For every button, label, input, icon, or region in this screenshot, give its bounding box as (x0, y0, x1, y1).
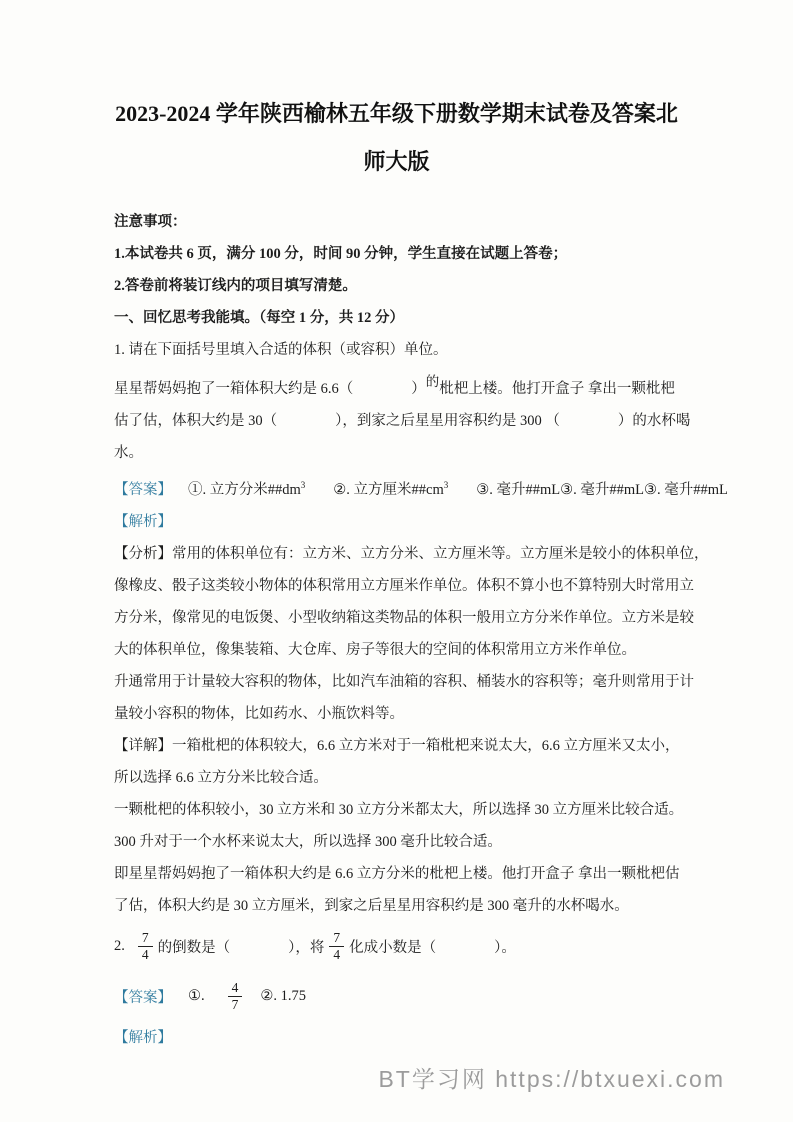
q1-analysis-line: 量较小容积的物体，比如药水、小瓶饮料等。 (114, 698, 686, 730)
question1-text-line3: 水。 (114, 437, 686, 469)
question1-text-line2: 估了估，体积大约是 30（ ），到家之后星星用容积约是 300 （ ）的水杯喝 (114, 405, 686, 437)
document-title: 2023-2024 学年陕西榆林五年级下册数学期末试卷及答案北 师大版 (0, 0, 793, 186)
question2-jiexi-line: 【解析】 (114, 1022, 686, 1054)
site-footer: BT学习网 https://btxuexi.com (378, 1061, 725, 1094)
fraction-numerator: 7 (329, 930, 344, 947)
q1-analysis-line: 方分米，像常见的电饭煲、小型收纳箱这类物品的体积一般用立方分米作单位。立方米是较 (114, 602, 686, 634)
document-title-line1: 2023-2024 学年陕西榆林五年级下册数学期末试卷及答案北 (0, 90, 793, 138)
answer-item-3-text: ③. 毫升##mL (560, 482, 644, 498)
answer-item-3-label: ③. 毫升##mL (644, 482, 728, 498)
answer-label: 【答案】 (114, 482, 172, 498)
q1-line1-pre: 星星帮妈妈抱了一箱体积大约是 6.6（ ） (114, 381, 426, 397)
answer-item-2-exponent: 3 (444, 480, 449, 490)
exam-document-page: 2023-2024 学年陕西榆林五年级下册数学期末试卷及答案北 师大版 注意事项… (0, 0, 793, 1122)
fraction-four-sevenths: 47 (228, 980, 243, 1013)
q1-analysis-line: 大的体积单位，像集装箱、大仓库、房子等很大的空间的体积常用立方米作单位。 (114, 634, 686, 666)
answer-item-3-alt: ③. 毫升##mL (476, 482, 560, 498)
fraction-denominator: 7 (228, 997, 243, 1013)
q1-detail-line: 即星星帮妈妈抱了一箱体积大约是 6.6 立方分米的枇杷上楼。他打开盒子 拿出一颗… (114, 858, 686, 890)
q1-line1-post: 枇杷上楼。他打开盒子 拿出一颗枇杷 (439, 381, 675, 397)
question1-stem: 1. 请在下面括号里填入合适的体积（或容积）单位。 (114, 334, 686, 366)
q1-detail-line: 所以选择 6.6 立方分米比较合适。 (114, 762, 686, 794)
document-title-line2: 师大版 (0, 138, 793, 186)
jiexi-label: 【解析】 (114, 514, 172, 530)
question2-number: 2. (114, 938, 125, 955)
answer-item-1: ①. 立方分米##dm3 (188, 482, 305, 498)
answer-item-1-text: ①. 立方分米##dm (188, 482, 301, 498)
fraction-denominator: 4 (138, 947, 153, 963)
footer-link[interactable]: BT学习网 https://btxuexi.com (378, 1066, 725, 1092)
question1-answer-line: 【答案】①. 立方分米##dm3②. 立方厘米##cm3③. 毫升##mL③. … (114, 469, 686, 506)
q1-analysis-line: 【分析】常用的体积单位有：立方米、立方分米、立方厘米等。立方厘米是较小的体积单位… (114, 538, 686, 570)
q1-analysis-line: 像橡皮、骰子这类较小物体的体积常用立方厘米作单位。体积不算小也不算特别大时常用立 (114, 570, 686, 602)
question2-text-2: 化成小数是（ ）。 (349, 936, 516, 957)
fraction-numerator: 4 (228, 980, 243, 997)
notice-heading: 注意事项： (114, 206, 686, 238)
answer-item-2-text: ②. 立方厘米##cm (333, 482, 443, 498)
notice-item-2: 2.答卷前将装订线内的项目填写清楚。 (114, 270, 686, 302)
question1-text-line1: 星星帮妈妈抱了一箱体积大约是 6.6（ ）的枇杷上楼。他打开盒子 拿出一颗枇杷 (114, 366, 686, 405)
q1-detail-line: 一颗枇杷的体积较小，30 立方米和 30 立方分米都太大，所以选择 30 立方厘… (114, 794, 686, 826)
q1-detail-line: 了估，体积大约是 30 立方厘米，到家之后星星用容积约是 300 毫升的水杯喝水… (114, 890, 686, 922)
section-heading: 一、回忆思考我能填。（每空 1 分，共 12 分） (114, 302, 686, 334)
q1-analysis-line: 升通常用于计量较大容积的物体，比如汽车油箱的容积、桶装水的容积等；毫升则常用于计 (114, 666, 686, 698)
question2-stem: 2. 74 的倒数是（ ），将 74 化成小数是（ ）。 (114, 922, 686, 972)
document-body: 注意事项： 1.本试卷共 6 页，满分 100 分，时间 90 分钟，学生直接在… (114, 206, 686, 1054)
answer-item-1-exponent: 3 (301, 480, 306, 490)
fraction-seven-fourths: 74 (329, 930, 344, 963)
answer2-item2: ②. 1.75 (260, 988, 306, 1005)
question1-jiexi-line: 【解析】 (114, 506, 686, 538)
answer-label: 【答案】 (114, 986, 172, 1007)
fraction-numerator: 7 (138, 930, 153, 947)
jiexi-label: 【解析】 (114, 1030, 172, 1046)
q1-detail-line: 300 升对于一个水杯来说太大，所以选择 300 毫升比较合适。 (114, 826, 686, 858)
answer-item-2: ②. 立方厘米##cm3 (333, 482, 448, 498)
q1-line1-superscript: 的 (426, 374, 440, 389)
question2-text-1: 的倒数是（ ），将 (158, 936, 325, 957)
fraction-denominator: 4 (329, 947, 344, 963)
notice-item-1: 1.本试卷共 6 页，满分 100 分，时间 90 分钟，学生直接在试题上答卷； (114, 238, 686, 270)
fraction-seven-fourths: 74 (138, 930, 153, 963)
question2-answer-line: 【答案】 ①. 47 ②. 1.75 (114, 972, 686, 1022)
answer2-item1-label: ①. (188, 988, 205, 1005)
q1-detail-line: 【详解】一箱枇杷的体积较大，6.6 立方米对于一箱枇杷来说太大，6.6 立方厘米… (114, 730, 686, 762)
